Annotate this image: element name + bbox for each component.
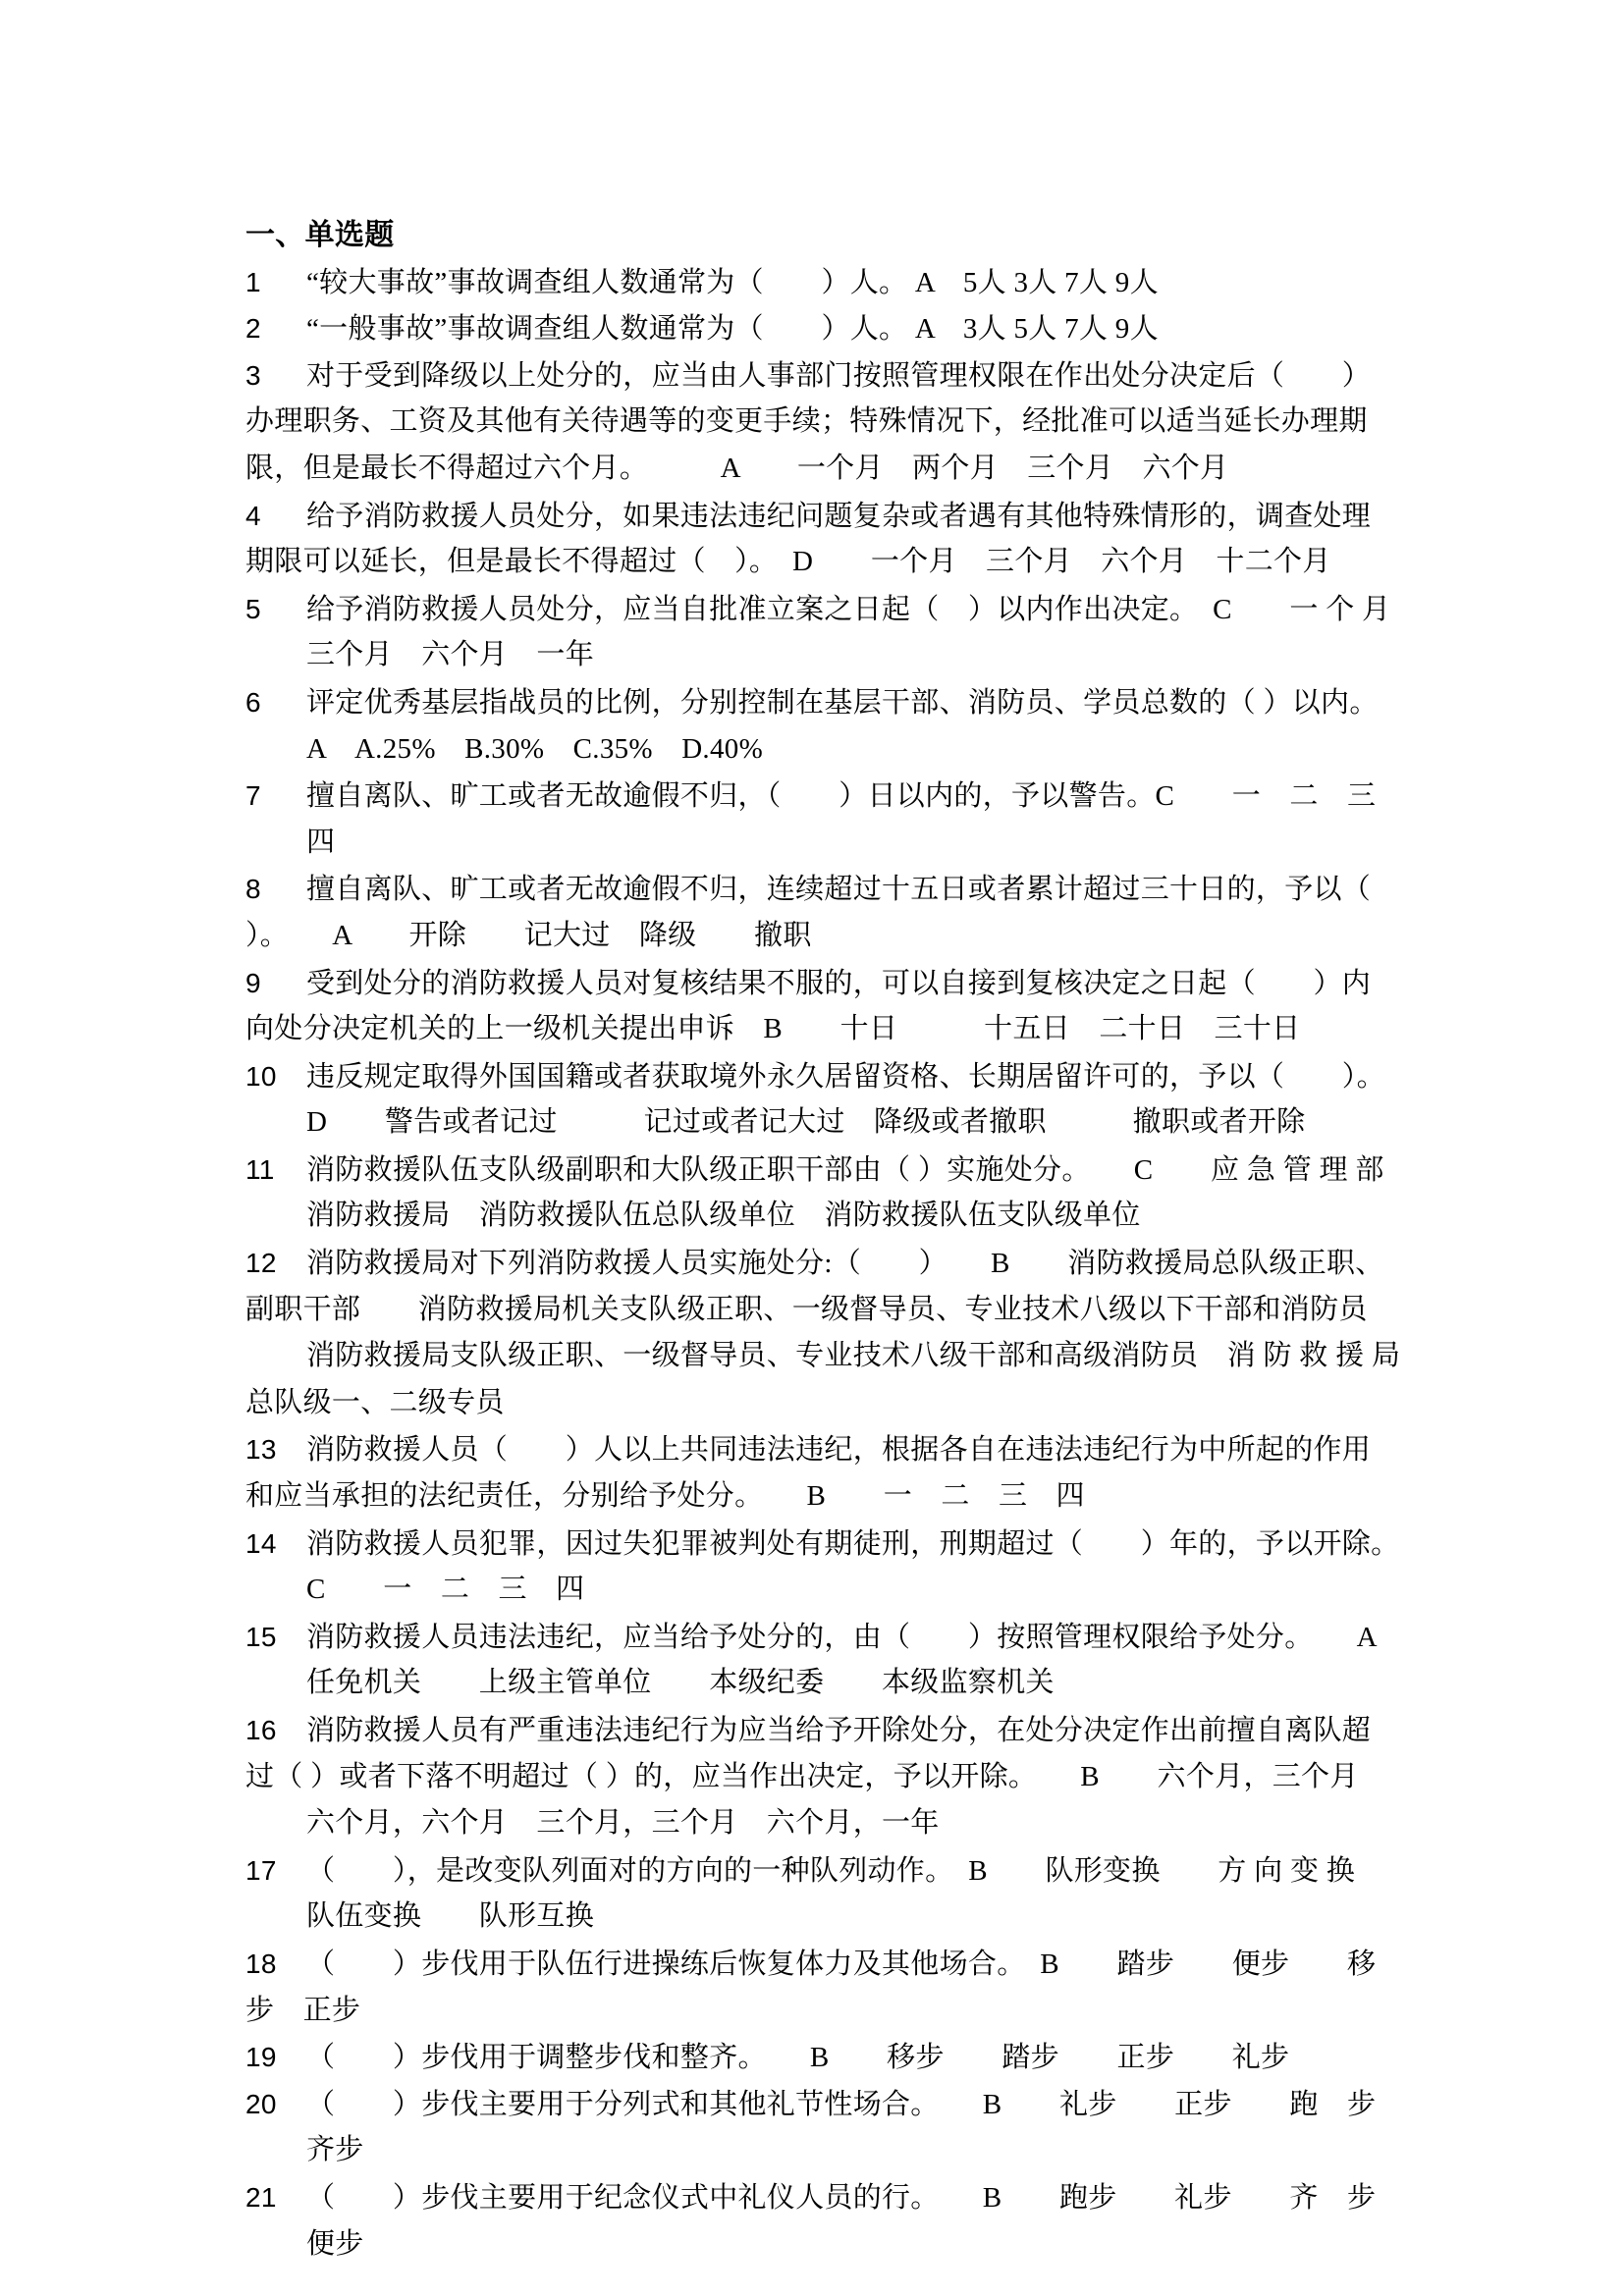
continuation-line: 办理职务、工资及其他有关待遇等的变更手续；特殊情况下，经批准可以适当延长办理期 bbox=[245, 399, 1384, 446]
question-line: 9受到处分的消防救援人员对复核结果不服的，可以自接到复核决定之日起（ ）内 bbox=[245, 960, 1384, 1007]
question-text: 副职干部 消防救援局机关支队级正职、一级督导员、专业技术八级以下干部和消防员 bbox=[245, 1294, 1368, 1325]
question-text: 总队级一、二级专员 bbox=[245, 1387, 505, 1418]
question-text: 对于受到降级以上处分的，应当由人事部门按照管理权限在作出处分决定后（ ） bbox=[306, 360, 1371, 392]
question-text: （ ）步伐用于队伍行进操练后恢复体力及其他场合。 B 踏步 便步 移 bbox=[306, 1949, 1376, 1980]
question-number: 19 bbox=[245, 2034, 306, 2081]
question-text: 向处分决定机关的上一级机关提出申诉 B 十日 十五日 二十日 三十日 bbox=[245, 1013, 1300, 1044]
question-text: 便步 bbox=[306, 2228, 364, 2260]
continuation-line: ）。 A 开除 记大过 降级 撤职 bbox=[245, 913, 1384, 960]
question-text: 六个月，六个月 三个月，三个月 六个月，一年 bbox=[306, 1807, 940, 1839]
continuation-line: 向处分决定机关的上一级机关提出申诉 B 十日 十五日 二十日 三十日 bbox=[245, 1006, 1384, 1053]
continuation-line: 期限可以延长，但是最长不得超过（ ）。 D 一个月 三个月 六个月 十二个月 bbox=[245, 539, 1384, 586]
question-number: 2 bbox=[245, 305, 306, 352]
question-text: 给予消防救援人员处分，如果违法违纪问题复杂或者遇有其他特殊情形的，调查处理 bbox=[306, 501, 1371, 532]
continuation-line: 齐步 bbox=[245, 2127, 1384, 2174]
question-text: 违反规定取得外国国籍或者获取境外永久居留资格、长期居留许可的，予以（ ）。 bbox=[306, 1061, 1385, 1093]
continuation-line: A A.25% B.30% C.35% D.40% bbox=[245, 726, 1384, 774]
continuation-line: 总队级一、二级专员 bbox=[245, 1380, 1384, 1427]
question-number: 11 bbox=[245, 1147, 306, 1194]
question-line: 16消防救援人员有严重违法违纪行为应当给予开除处分，在处分决定作出前擅自离队超 bbox=[245, 1707, 1384, 1754]
question-text: 消防救援人员（ ）人以上共同违法违纪，根据各自在违法违纪行为中所起的作用 bbox=[306, 1434, 1371, 1466]
question-line: 12消防救援局对下列消防救援人员实施处分:（ ） B 消防救援局总队级正职、 bbox=[245, 1240, 1384, 1287]
question-text: 步 正步 bbox=[245, 1995, 360, 2026]
question-text: 给予消防救援人员处分，应当自批准立案之日起（ ）以内作出决定。 C 一 个 月 bbox=[306, 594, 1390, 625]
question-text: D 警告或者记过 记过或者记大过 降级或者撤职 撤职或者开除 bbox=[306, 1106, 1305, 1138]
question-line: 18（ ）步伐用于队伍行进操练后恢复体力及其他场合。 B 踏步 便步 移 bbox=[245, 1941, 1384, 1988]
continuation-line: 步 正步 bbox=[245, 1988, 1384, 2035]
question-number: 7 bbox=[245, 773, 306, 820]
question-list: 1“较大事故”事故调查组人数通常为（ ）人。 A 5人 3人 7人 9人2“一般… bbox=[245, 259, 1384, 2269]
document-body: 一、单选题 1“较大事故”事故调查组人数通常为（ ）人。 A 5人 3人 7人 … bbox=[245, 212, 1384, 2268]
question-text: 受到处分的消防救援人员对复核结果不服的，可以自接到复核决定之日起（ ）内 bbox=[306, 968, 1371, 999]
question-text: 和应当承担的法纪责任，分别给予处分。 B 一 二 三 四 bbox=[245, 1480, 1085, 1512]
question-number: 16 bbox=[245, 1707, 306, 1754]
continuation-line: 过（ ）或者下落不明超过（ ）的，应当作出决定，予以开除。 B 六个月，三个月 bbox=[245, 1754, 1384, 1801]
question-text: 限，但是最长不得超过六个月。 A 一个月 两个月 三个月 六个月 bbox=[245, 453, 1228, 484]
question-line: 1“较大事故”事故调查组人数通常为（ ）人。 A 5人 3人 7人 9人 bbox=[245, 259, 1384, 306]
question-number: 4 bbox=[245, 493, 306, 540]
continuation-line: 三个月 六个月 一年 bbox=[245, 632, 1384, 679]
question-line: 21（ ）步伐主要用于纪念仪式中礼仪人员的行。 B 跑步 礼步 齐 步 bbox=[245, 2174, 1384, 2221]
continuation-line: 任免机关 上级主管单位 本级纪委 本级监察机关 bbox=[245, 1660, 1384, 1707]
question-line: 13消防救援人员（ ）人以上共同违法违纪，根据各自在违法违纪行为中所起的作用 bbox=[245, 1426, 1384, 1473]
question-text: 过（ ）或者下落不明超过（ ）的，应当作出决定，予以开除。 B 六个月，三个月 bbox=[245, 1761, 1359, 1792]
question-text: C 一 二 三 四 bbox=[306, 1574, 584, 1605]
question-text: 评定优秀基层指战员的比例，分别控制在基层干部、消防员、学员总数的（ ）以内。 bbox=[306, 687, 1379, 719]
continuation-line: 和应当承担的法纪责任，分别给予处分。 B 一 二 三 四 bbox=[245, 1473, 1384, 1521]
question-number: 15 bbox=[245, 1614, 306, 1661]
question-line: 15消防救援人员违法违纪，应当给予处分的，由（ ）按照管理权限给予处分。 A bbox=[245, 1614, 1384, 1661]
question-text: 三个月 六个月 一年 bbox=[306, 639, 594, 670]
continuation-line: 队伍变换 队形互换 bbox=[245, 1894, 1384, 1941]
question-text: “较大事故”事故调查组人数通常为（ ）人。 A 5人 3人 7人 9人 bbox=[306, 267, 1159, 298]
question-number: 6 bbox=[245, 679, 306, 726]
question-number: 9 bbox=[245, 960, 306, 1007]
question-line: 14消防救援人员犯罪，因过失犯罪被判处有期徒刑，刑期超过（ ）年的，予以开除。 bbox=[245, 1521, 1384, 1568]
question-line: 6评定优秀基层指战员的比例，分别控制在基层干部、消防员、学员总数的（ ）以内。 bbox=[245, 679, 1384, 726]
question-line: 7擅自离队、旷工或者无故逾假不归，（ ）日以内的，予以警告。C 一 二 三 bbox=[245, 773, 1384, 820]
continuation-line: 副职干部 消防救援局机关支队级正职、一级督导员、专业技术八级以下干部和消防员 bbox=[245, 1287, 1384, 1334]
question-text: “一般事故”事故调查组人数通常为（ ）人。 A 3人 5人 7人 9人 bbox=[306, 313, 1159, 345]
question-text: 消防救援人员犯罪，因过失犯罪被判处有期徒刑，刑期超过（ ）年的，予以开除。 bbox=[306, 1528, 1399, 1560]
question-number: 5 bbox=[245, 586, 306, 633]
continuation-line: 消防救援局支队级正职、一级督导员、专业技术八级干部和高级消防员 消 防 救 援 … bbox=[245, 1333, 1384, 1380]
question-number: 10 bbox=[245, 1053, 306, 1100]
question-text: 消防救援队伍支队级副职和大队级正职干部由（ ）实施处分。 C 应 急 管 理 部 bbox=[306, 1154, 1384, 1186]
section-title: 一、单选题 bbox=[245, 212, 1384, 259]
question-text: 四 bbox=[306, 827, 335, 858]
question-line: 2“一般事故”事故调查组人数通常为（ ）人。 A 3人 5人 7人 9人 bbox=[245, 305, 1384, 352]
question-number: 17 bbox=[245, 1847, 306, 1895]
question-line: 4给予消防救援人员处分，如果违法违纪问题复杂或者遇有其他特殊情形的，调查处理 bbox=[245, 493, 1384, 540]
question-number: 14 bbox=[245, 1521, 306, 1568]
question-text: 消防救援局支队级正职、一级督导员、专业技术八级干部和高级消防员 消 防 救 援 … bbox=[306, 1340, 1400, 1371]
question-text: 齐步 bbox=[306, 2134, 364, 2165]
question-text: （ ）步伐主要用于纪念仪式中礼仪人员的行。 B 跑步 礼步 齐 步 bbox=[306, 2182, 1376, 2214]
question-text: 办理职务、工资及其他有关待遇等的变更手续；特殊情况下，经批准可以适当延长办理期 bbox=[245, 405, 1368, 437]
question-text: 消防救援局 消防救援队伍总队级单位 消防救援队伍支队级单位 bbox=[306, 1200, 1141, 1231]
question-number: 8 bbox=[245, 866, 306, 913]
question-number: 1 bbox=[245, 259, 306, 306]
question-text: A A.25% B.30% C.35% D.40% bbox=[306, 733, 763, 765]
continuation-line: C 一 二 三 四 bbox=[245, 1567, 1384, 1614]
continuation-line: 消防救援局 消防救援队伍总队级单位 消防救援队伍支队级单位 bbox=[245, 1193, 1384, 1240]
question-text: 擅自离队、旷工或者无故逾假不归，连续超过十五日或者累计超过三十日的，予以（ bbox=[306, 874, 1371, 905]
continuation-line: 限，但是最长不得超过六个月。 A 一个月 两个月 三个月 六个月 bbox=[245, 446, 1384, 493]
continuation-line: D 警告或者记过 记过或者记大过 降级或者撤职 撤职或者开除 bbox=[245, 1099, 1384, 1147]
question-number: 18 bbox=[245, 1941, 306, 1988]
question-text: ）。 A 开除 记大过 降级 撤职 bbox=[245, 920, 812, 951]
question-text: 消防救援人员违法违纪，应当给予处分的，由（ ）按照管理权限给予处分。 A bbox=[306, 1622, 1378, 1653]
question-text: 消防救援局对下列消防救援人员实施处分:（ ） B 消防救援局总队级正职、 bbox=[306, 1248, 1384, 1279]
question-text: 擅自离队、旷工或者无故逾假不归，（ ）日以内的，予以警告。C 一 二 三 bbox=[306, 780, 1376, 812]
continuation-line: 六个月，六个月 三个月，三个月 六个月，一年 bbox=[245, 1800, 1384, 1847]
question-text: （ ），是改变队列面对的方向的一种队列动作。 B 队形变换 方 向 变 换 bbox=[306, 1855, 1355, 1887]
question-number: 21 bbox=[245, 2174, 306, 2221]
question-line: 3对于受到降级以上处分的，应当由人事部门按照管理权限在作出处分决定后（ ） bbox=[245, 352, 1384, 400]
question-line: 20（ ）步伐主要用于分列式和其他礼节性场合。 B 礼步 正步 跑 步 bbox=[245, 2081, 1384, 2128]
question-line: 5给予消防救援人员处分，应当自批准立案之日起（ ）以内作出决定。 C 一 个 月 bbox=[245, 586, 1384, 633]
continuation-line: 便步 bbox=[245, 2221, 1384, 2269]
question-text: 队伍变换 队形互换 bbox=[306, 1900, 594, 1932]
question-text: 消防救援人员有严重违法违纪行为应当给予开除处分，在处分决定作出前擅自离队超 bbox=[306, 1715, 1371, 1746]
question-line: 11消防救援队伍支队级副职和大队级正职干部由（ ）实施处分。 C 应 急 管 理… bbox=[245, 1147, 1384, 1194]
question-text: 任免机关 上级主管单位 本级纪委 本级监察机关 bbox=[306, 1667, 1055, 1698]
question-line: 10违反规定取得外国国籍或者获取境外永久居留资格、长期居留许可的，予以（ ）。 bbox=[245, 1053, 1384, 1100]
question-number: 20 bbox=[245, 2081, 306, 2128]
question-line: 17（ ），是改变队列面对的方向的一种队列动作。 B 队形变换 方 向 变 换 bbox=[245, 1847, 1384, 1895]
question-text: （ ）步伐主要用于分列式和其他礼节性场合。 B 礼步 正步 跑 步 bbox=[306, 2089, 1376, 2120]
question-number: 13 bbox=[245, 1426, 306, 1473]
question-text: 期限可以延长，但是最长不得超过（ ）。 D 一个月 三个月 六个月 十二个月 bbox=[245, 546, 1331, 577]
continuation-line: 四 bbox=[245, 820, 1384, 867]
question-line: 19（ ）步伐用于调整步伐和整齐。 B 移步 踏步 正步 礼步 bbox=[245, 2034, 1384, 2081]
question-number: 3 bbox=[245, 352, 306, 400]
question-line: 8擅自离队、旷工或者无故逾假不归，连续超过十五日或者累计超过三十日的，予以（ bbox=[245, 866, 1384, 913]
question-text: （ ）步伐用于调整步伐和整齐。 B 移步 踏步 正步 礼步 bbox=[306, 2042, 1289, 2073]
question-number: 12 bbox=[245, 1240, 306, 1287]
